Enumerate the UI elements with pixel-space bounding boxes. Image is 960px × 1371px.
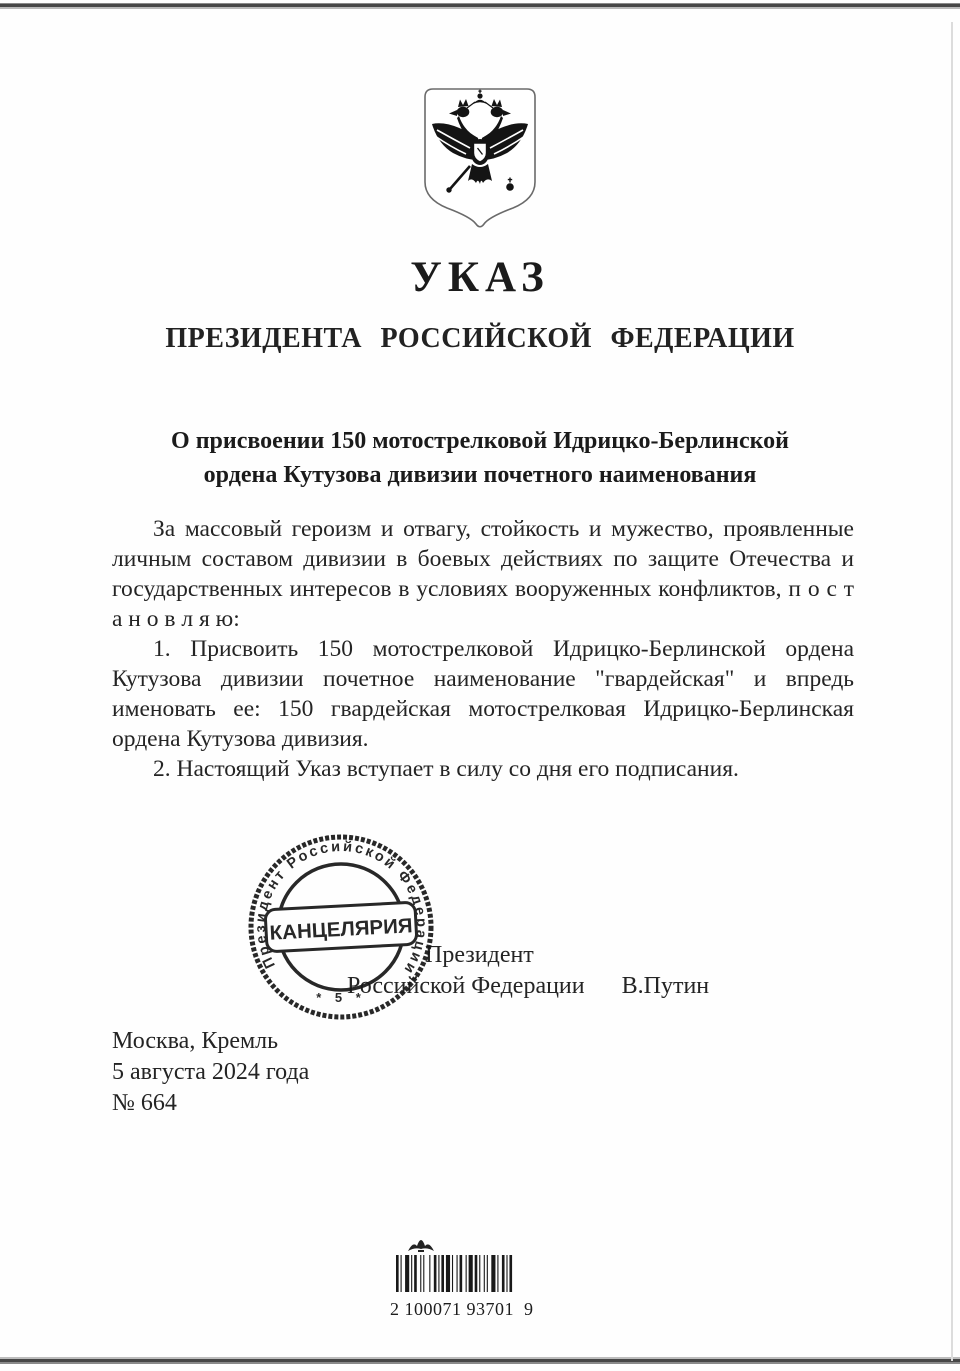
preamble-paragraph: За массовый героизм и отвагу, стойкость … <box>112 514 854 634</box>
subject-line-1: О присвоении 150 мотострелковой Идрицко-… <box>0 424 960 458</box>
signing-place: Москва, Кремль <box>112 1026 309 1057</box>
decree-subject: О присвоении 150 мотострелковой Идрицко-… <box>0 424 960 492</box>
signature-name: В.Путин <box>622 973 710 999</box>
coat-of-arms-icon <box>420 86 540 232</box>
place-date-block: Москва, Кремль 5 августа 2024 года № 664 <box>112 1026 309 1119</box>
decree-number: № 664 <box>112 1088 309 1119</box>
signing-date: 5 августа 2024 года <box>112 1057 309 1088</box>
stamp-bottom-mark: * 5 * <box>316 990 366 1005</box>
decree-item-1: 1. Присвоить 150 мотострелковой Идрицко-… <box>112 634 854 754</box>
registration-barcode: 2 100071 93701 9 <box>396 1238 536 1320</box>
subject-line-2: ордена Кутузова дивизии почетного наимен… <box>0 458 960 492</box>
signature-title-line1: Президент <box>425 940 709 971</box>
decree-page: УКАЗ ПРЕЗИДЕНТА РОССИЙСКОЙ ФЕДЕРАЦИИ О п… <box>0 0 960 1371</box>
scan-bottom-border <box>0 1359 960 1362</box>
decree-body: За массовый героизм и отвагу, стойкость … <box>112 514 854 784</box>
issuer-line: ПРЕЗИДЕНТА РОССИЙСКОЙ ФЕДЕРАЦИИ <box>0 323 960 355</box>
barcode-eagle-icon <box>406 1238 436 1254</box>
chancellery-stamp: Президент Российской Федерации * 5 * КАН… <box>243 829 439 1025</box>
barcode-digits: 2 100071 93701 9 <box>390 1299 536 1320</box>
scan-right-edge <box>951 22 953 1361</box>
barcode-bars <box>396 1255 514 1292</box>
scan-top-border <box>0 4 960 7</box>
decree-item-2: 2. Настоящий Указ вступает в силу со дня… <box>112 754 854 784</box>
document-type-title: УКАЗ <box>0 256 960 300</box>
